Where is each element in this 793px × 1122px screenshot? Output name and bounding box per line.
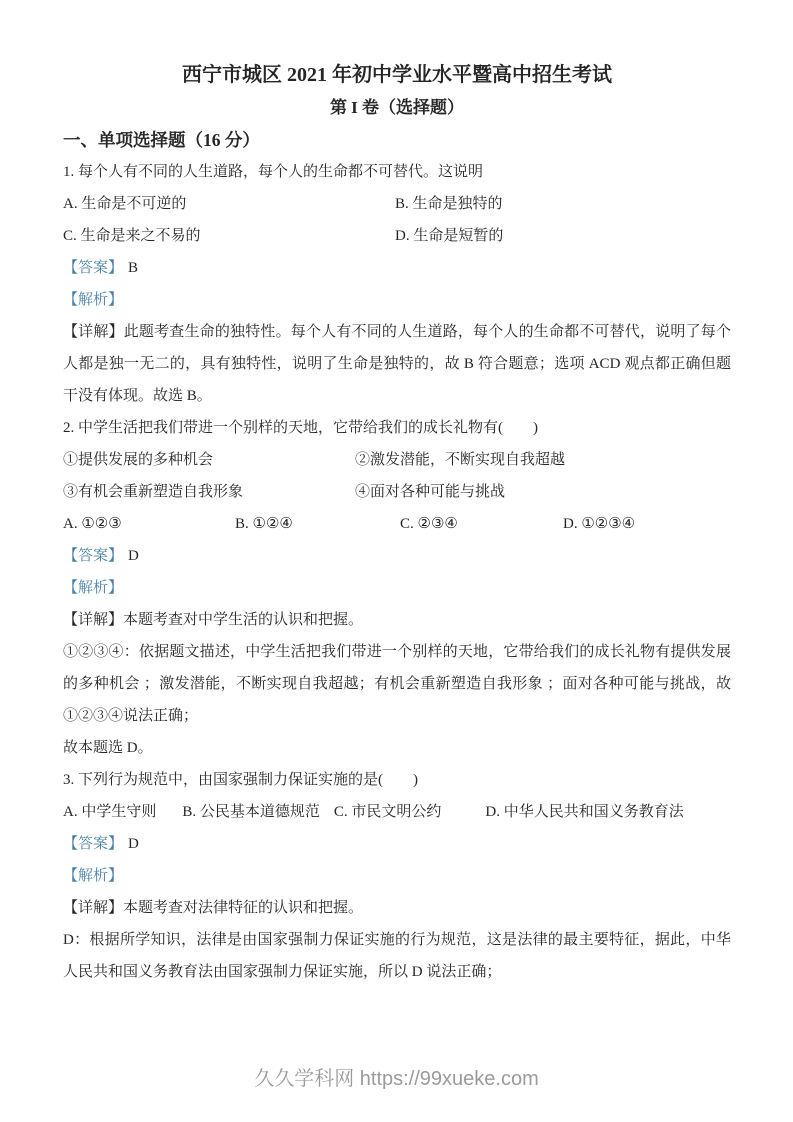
question-1-options-row-2: C. 生命是来之不易的 D. 生命是短暂的 [63,220,731,252]
question-3-detail-1-text: 本题考查对法律特征的认识和把握。 [123,900,363,916]
question-3-detail-1: 【详解】本题考查对法律特征的认识和把握。 [63,892,731,924]
question-2-item-2: ②激发潜能，不断实现自我超越 [355,444,731,476]
question-2-option-a: A. ①②③ [63,508,235,540]
question-2-detail-1-text: 本题考查对中学生活的认识和把握。 [123,612,363,628]
document-title: 西宁市城区 2021 年初中学业水平暨高中招生考试 [63,58,731,92]
question-2: 2. 中学生活把我们带进一个别样的天地，它带给我们的成长礼物有( ) ①提供发展… [63,412,731,764]
question-3: 3. 下列行为规范中，由国家强制力保证实施的是( ) A. 中学生守则B. 公民… [63,764,731,988]
question-2-detail-2: ①②③④：依据题文描述，中学生活把我们带进一个别样的天地，它带给我们的成长礼物有… [63,636,731,732]
question-2-item-3: ③有机会重新塑造自我形象 [63,476,355,508]
volume-heading: 第 I 卷（选择题） [63,92,731,124]
question-2-options-row: A. ①②③ B. ①②④ C. ②③④ D. ①②③④ [63,508,731,540]
detail-tag: 【详解】 [63,324,124,340]
question-1-answer-line: 【答案】B [63,252,731,284]
question-2-detail-3: 故本题选 D。 [63,732,731,764]
analysis-tag: 【解析】 [63,868,123,884]
question-3-option-c: C. 市民文明公约 [334,804,442,820]
site-watermark: 久久学科网 https://99xueke.com [0,1062,793,1091]
question-3-option-b: B. 公民基本道德规范 [182,804,320,820]
question-2-option-c: C. ②③④ [400,508,563,540]
question-1-answer-value: B [128,260,138,276]
detail-tag: 【详解】 [63,900,123,916]
question-2-item-1: ①提供发展的多种机会 [63,444,355,476]
question-2-analysis-line: 【解析】 [63,572,731,604]
question-2-detail-1: 【详解】本题考查对中学生活的认识和把握。 [63,604,731,636]
question-1-option-b: B. 生命是独特的 [395,188,731,220]
question-3-option-d: D. 中华人民共和国义务教育法 [485,804,683,820]
question-2-item-4: ④面对各种可能与挑战 [355,476,731,508]
question-1-option-c: C. 生命是来之不易的 [63,220,395,252]
question-2-option-b: B. ①②④ [235,508,400,540]
analysis-tag: 【解析】 [63,292,123,308]
question-3-analysis-line: 【解析】 [63,860,731,892]
question-2-stem: 2. 中学生活把我们带进一个别样的天地，它带给我们的成长礼物有( ) [63,412,731,444]
answer-tag: 【答案】 [63,260,123,276]
question-1: 1. 每个人有不同的人生道路，每个人的生命都不可替代。这说明 A. 生命是不可逆… [63,156,731,412]
question-1-options-row-1: A. 生命是不可逆的 B. 生命是独特的 [63,188,731,220]
question-3-options: A. 中学生守则B. 公民基本道德规范C. 市民文明公约D. 中华人民共和国义务… [63,796,731,828]
question-2-items-row-2: ③有机会重新塑造自我形象 ④面对各种可能与挑战 [63,476,731,508]
detail-tag: 【详解】 [63,612,123,628]
question-1-stem: 1. 每个人有不同的人生道路，每个人的生命都不可替代。这说明 [63,156,731,188]
question-1-analysis-line: 【解析】 [63,284,731,316]
question-2-answer-value: D [128,548,139,564]
question-3-option-a: A. 中学生守则 [63,804,156,820]
question-2-option-d: D. ①②③④ [563,508,731,540]
question-2-items-row-1: ①提供发展的多种机会 ②激发潜能，不断实现自我超越 [63,444,731,476]
analysis-tag: 【解析】 [63,580,123,596]
question-1-option-d: D. 生命是短暂的 [395,220,731,252]
answer-tag: 【答案】 [63,836,123,852]
question-3-stem: 3. 下列行为规范中，由国家强制力保证实施的是( ) [63,764,731,796]
question-3-detail-2: D：根据所学知识，法律是由国家强制力保证实施的行为规范，这是法律的最主要特征，据… [63,924,731,988]
question-3-answer-value: D [128,836,139,852]
question-1-detail-text: 此题考查生命的独特性。每个人有不同的人生道路，每个人的生命都不可替代，说明了每个… [63,324,731,404]
exam-document-page: 西宁市城区 2021 年初中学业水平暨高中招生考试 第 I 卷（选择题） 一、单… [0,0,793,988]
answer-tag: 【答案】 [63,548,123,564]
question-1-option-a: A. 生命是不可逆的 [63,188,395,220]
question-3-answer-line: 【答案】D [63,828,731,860]
question-2-answer-line: 【答案】D [63,540,731,572]
question-1-detail: 【详解】此题考查生命的独特性。每个人有不同的人生道路，每个人的生命都不可替代，说… [63,316,731,412]
section-heading: 一、单项选择题（16 分） [63,124,731,156]
